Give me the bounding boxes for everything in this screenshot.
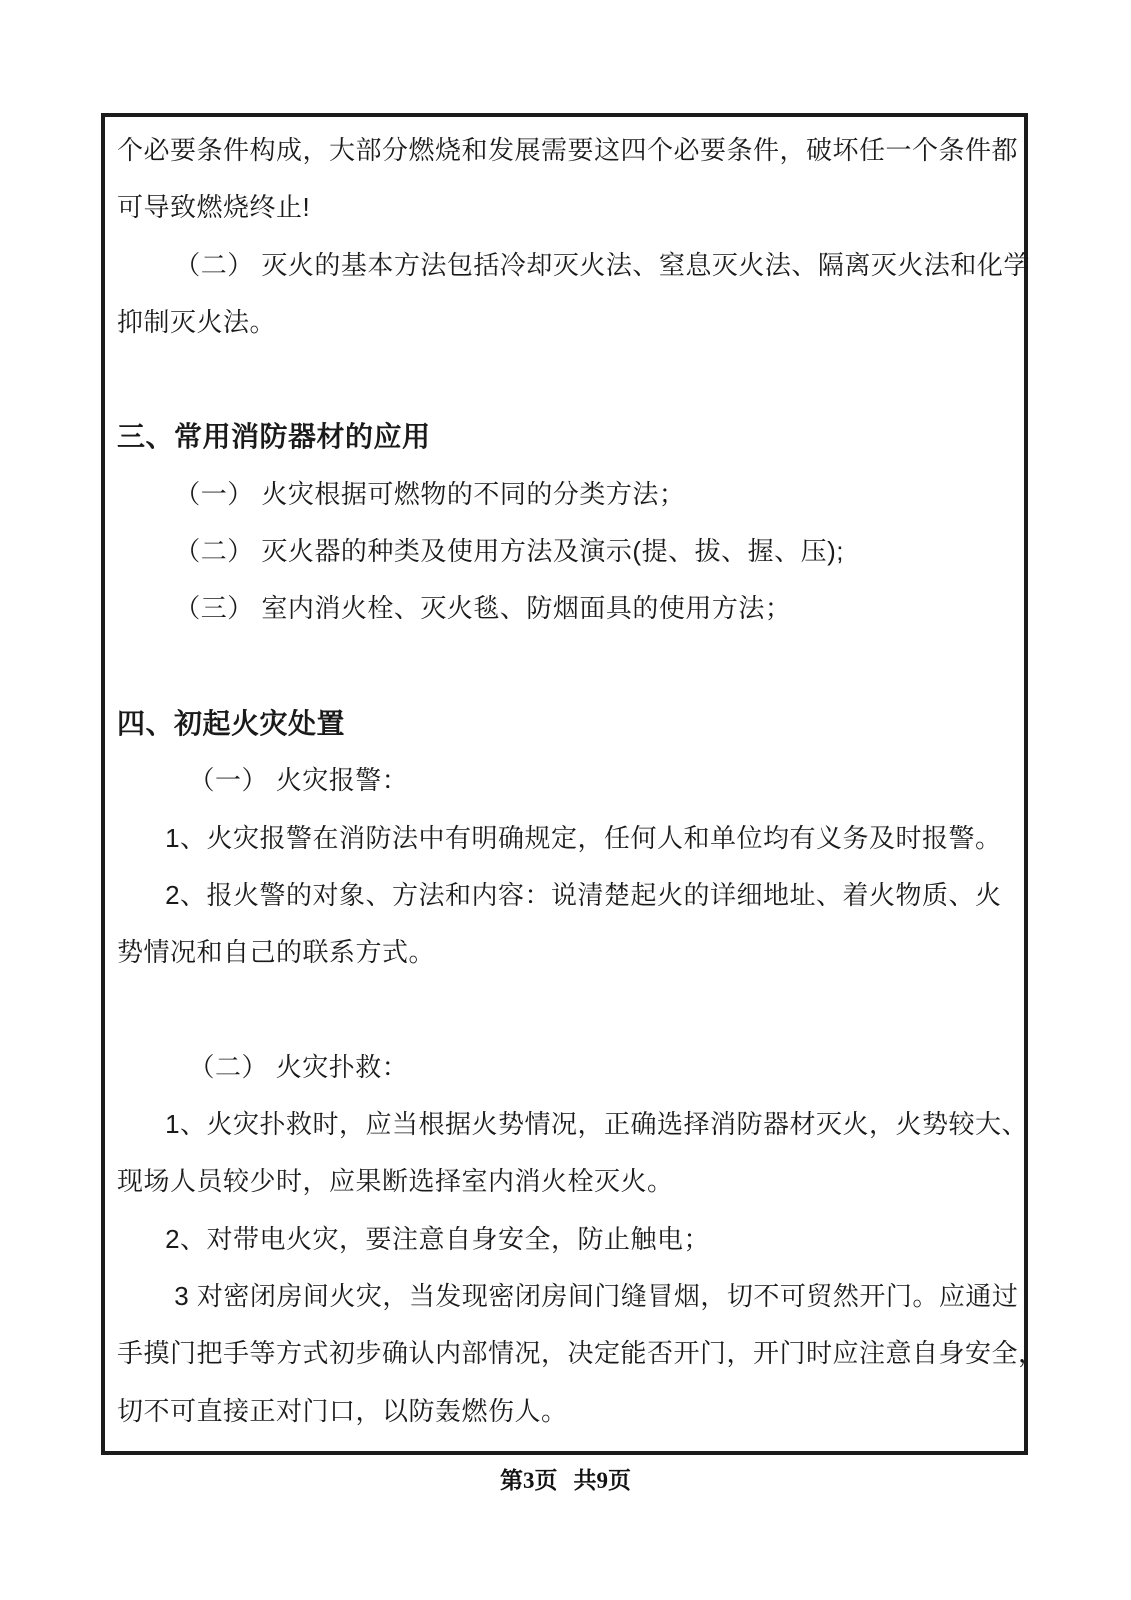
text-line: 2、报火警的对象、方法和内容：说清楚起火的详细地址、着火物质、火 <box>117 867 1010 924</box>
blank-line <box>117 351 1010 408</box>
text-line: （二） 火灾扑救： <box>117 1039 1010 1096</box>
text-line: 个必要条件构成，大部分燃烧和发展需要这四个必要条件，破坏任一个条件都 <box>117 122 1010 179</box>
text-line: （三） 室内消火栓、灭火毯、防烟面具的使用方法； <box>117 580 1010 637</box>
text-line: （二） 灭火的基本方法包括冷却灭火法、窒息灭火法、隔离灭火法和化学 <box>117 237 1010 294</box>
text-line: 抑制灭火法。 <box>117 294 1010 351</box>
document-body: 个必要条件构成，大部分燃烧和发展需要这四个必要条件，破坏任一个条件都可导致燃烧终… <box>117 122 1010 1440</box>
section-heading: 三、常用消防器材的应用 <box>117 408 1010 465</box>
page-footer: 第3页 共9页 <box>0 1461 1131 1495</box>
document-page: 个必要条件构成，大部分燃烧和发展需要这四个必要条件，破坏任一个条件都可导致燃烧终… <box>0 0 1131 1600</box>
text-line: 切不可直接正对门口，以防轰燃伤人。 <box>117 1383 1010 1440</box>
text-line: （二） 灭火器的种类及使用方法及演示(提、拔、握、压); <box>117 523 1010 580</box>
text-line: 势情况和自己的联系方式。 <box>117 924 1010 981</box>
page-number: 第3页 <box>500 1462 558 1495</box>
blank-line <box>117 638 1010 695</box>
text-line: 1、火灾报警在消防法中有明确规定，任何人和单位均有义务及时报警。 <box>117 810 1010 867</box>
text-line: 1、火灾扑救时，应当根据火势情况，正确选择消防器材灭火，火势较大、 <box>117 1096 1010 1153</box>
page-total: 共9页 <box>574 1462 632 1495</box>
text-line: 3 对密闭房间火灾，当发现密闭房间门缝冒烟，切不可贸然开门。应通过 <box>117 1268 1010 1325</box>
section-heading: 四、初起火灾处置 <box>117 695 1010 752</box>
text-line: 手摸门把手等方式初步确认内部情况，决定能否开门，开门时应注意自身安全， <box>117 1325 1010 1382</box>
content-border-box: 个必要条件构成，大部分燃烧和发展需要这四个必要条件，破坏任一个条件都可导致燃烧终… <box>101 113 1028 1455</box>
text-line: 现场人员较少时，应果断选择室内消火栓灭火。 <box>117 1153 1010 1210</box>
text-line: （一） 火灾报警： <box>117 752 1010 809</box>
blank-line <box>117 981 1010 1038</box>
text-line: 2、对带电火灾，要注意自身安全，防止触电； <box>117 1211 1010 1268</box>
text-line: （一） 火灾根据可燃物的不同的分类方法； <box>117 466 1010 523</box>
text-line: 可导致燃烧终止! <box>117 179 1010 236</box>
